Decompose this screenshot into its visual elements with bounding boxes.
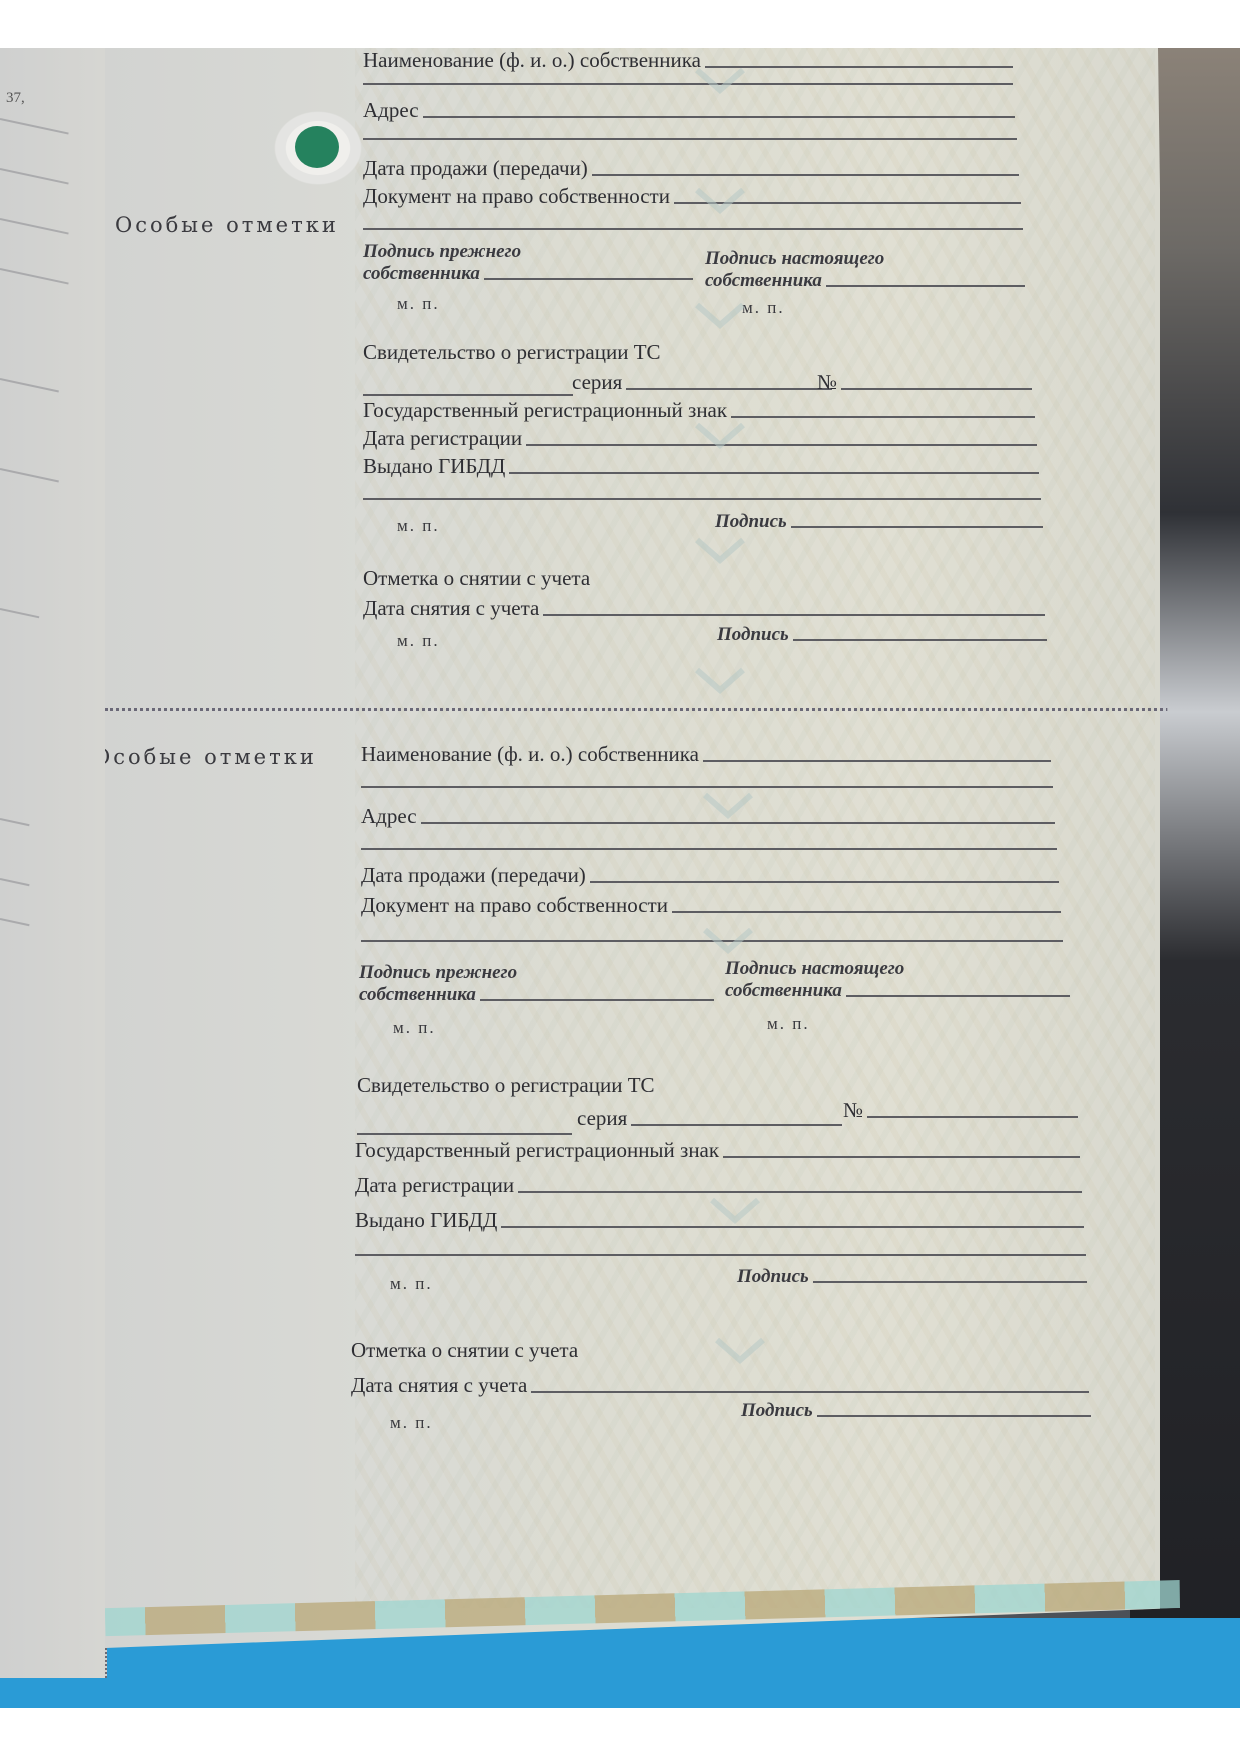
sale-date-field[interactable]: Дата продажи (передачи) xyxy=(363,156,1019,181)
deregistration-date-field[interactable]: Дата снятия с учета xyxy=(363,596,1045,621)
chevron-watermark-icon xyxy=(695,423,745,449)
prev-owner-signature-field[interactable]: собственника xyxy=(359,984,714,1006)
stamp-place-prev: м. п. xyxy=(397,294,440,314)
owner-name-line-2[interactable] xyxy=(363,83,1013,85)
reg-cert-series-field[interactable]: серия xyxy=(572,370,832,395)
stamp-place-reg: м. п. xyxy=(390,1274,433,1294)
prev-owner-sign-label: Подпись прежнего xyxy=(363,241,521,263)
prev-owner-signature-field[interactable]: собственника xyxy=(363,263,693,285)
chevron-watermark-icon xyxy=(695,188,745,214)
curr-owner-signature-field[interactable]: собственника xyxy=(705,270,1025,292)
chevron-watermark-icon xyxy=(715,1338,765,1364)
plate-number-field[interactable]: Государственный регистрационный знак xyxy=(355,1138,1080,1163)
stamp-place-reg: м. п. xyxy=(397,516,440,536)
chevron-watermark-icon xyxy=(695,538,745,564)
ownership-document-line-2[interactable] xyxy=(363,228,1023,230)
curr-owner-sign-label: Подпись настоящего xyxy=(705,248,884,270)
owner-name-line-2[interactable] xyxy=(361,786,1053,788)
reg-cert-number-field[interactable]: № xyxy=(843,1098,1078,1123)
form-page: Особые отметки Наименование (ф. и. о.) с… xyxy=(105,48,1160,1648)
curr-owner-signature-field[interactable]: собственника xyxy=(725,980,1070,1002)
owner-name-field[interactable]: Наименование (ф. и. о.) собственника xyxy=(361,742,1051,767)
green-dot-icon xyxy=(295,126,339,168)
stamp-place-dereg: м. п. xyxy=(390,1413,433,1433)
address-field[interactable]: Адрес xyxy=(363,98,1015,123)
deregistration-title: Отметка о снятии с учета xyxy=(351,1338,578,1363)
chevron-watermark-icon xyxy=(703,928,753,954)
dereg-signature-field[interactable]: Подпись xyxy=(741,1400,1091,1422)
left-page: 37, xyxy=(0,48,107,1678)
ownership-document-field[interactable]: Документ на право собственности xyxy=(363,184,1021,209)
reg-cert-series-field[interactable]: серия xyxy=(577,1106,842,1131)
stamp-place-prev: м. п. xyxy=(393,1018,436,1038)
issued-by-line-2[interactable] xyxy=(363,498,1041,500)
chevron-watermark-icon xyxy=(695,668,745,694)
prev-owner-sign-label: Подпись прежнего xyxy=(359,962,517,984)
chevron-watermark-icon xyxy=(695,68,745,94)
reg-cert-prefix-line[interactable] xyxy=(357,1133,572,1135)
plate-number-field[interactable]: Государственный регистрационный знак xyxy=(363,398,1035,423)
issued-by-line-2[interactable] xyxy=(355,1254,1086,1256)
deregistration-date-field[interactable]: Дата снятия с учета xyxy=(351,1373,1089,1398)
document-photo: 37, Особые отметки Наименование (ф. и. о… xyxy=(0,48,1240,1708)
issued-by-field[interactable]: Выдано ГИБДД xyxy=(363,454,1039,479)
deregistration-title: Отметка о снятии с учета xyxy=(363,566,590,591)
sale-date-field[interactable]: Дата продажи (передачи) xyxy=(361,863,1059,888)
reg-date-field[interactable]: Дата регистрации xyxy=(355,1173,1082,1198)
ownership-document-field[interactable]: Документ на право собственности xyxy=(361,893,1061,918)
chevron-watermark-icon xyxy=(703,793,753,819)
reg-signature-field[interactable]: Подпись xyxy=(737,1266,1087,1288)
left-page-number: 37, xyxy=(6,90,25,107)
side-label-special-marks: Особые отметки xyxy=(115,213,339,237)
dereg-signature-field[interactable]: Подпись xyxy=(717,624,1047,646)
chevron-watermark-icon xyxy=(710,1198,760,1224)
stamp-place-dereg: м. п. xyxy=(397,631,440,651)
chevron-watermark-icon xyxy=(695,303,745,329)
owner-name-field[interactable]: Наименование (ф. и. о.) собственника xyxy=(363,48,1013,73)
address-line-2[interactable] xyxy=(361,848,1057,850)
reg-cert-title: Свидетельство о регистрации ТС xyxy=(363,340,661,365)
reg-cert-prefix-line[interactable] xyxy=(363,394,573,396)
side-label-special-marks: Особые отметки xyxy=(93,745,317,769)
reg-cert-number-field[interactable]: № xyxy=(817,370,1032,395)
stamp-place-curr: м. п. xyxy=(742,298,785,318)
address-line-2[interactable] xyxy=(363,138,1017,140)
reg-signature-field[interactable]: Подпись xyxy=(715,511,1043,533)
section-divider xyxy=(105,708,1235,711)
reg-cert-title: Свидетельство о регистрации ТС xyxy=(357,1073,655,1098)
curr-owner-sign-label: Подпись настоящего xyxy=(725,958,904,980)
stamp-place-curr: м. п. xyxy=(767,1014,810,1034)
